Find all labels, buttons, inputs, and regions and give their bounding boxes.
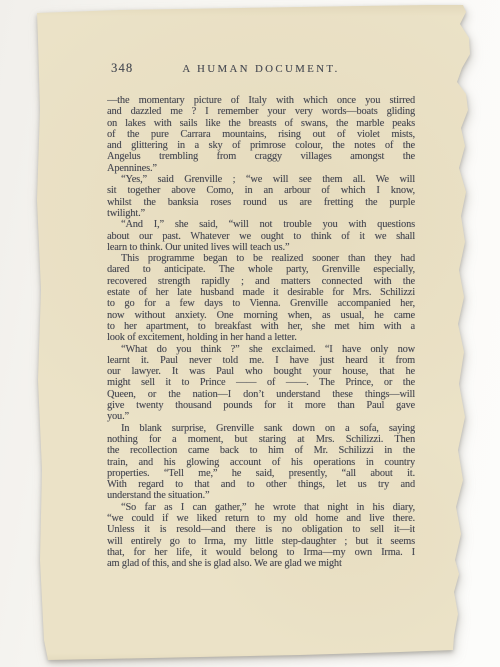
text-line: Apennines.” bbox=[107, 163, 415, 174]
text-line: our lawyer. It was Paul who bought your … bbox=[107, 366, 415, 377]
text-line: train, and his glowing account of his op… bbox=[107, 457, 415, 468]
text-line: —the momentary picture of Italy with whi… bbox=[107, 95, 415, 106]
text-line: now without anxiety. One morning when, a… bbox=[107, 310, 415, 321]
text-line: estate of her late husband made it desir… bbox=[107, 287, 415, 298]
text-line: on lakes with sails like the breasts of … bbox=[107, 118, 415, 129]
text-line: “Yes,” said Grenville ; “we will see the… bbox=[107, 174, 415, 185]
text-line: In blank surprise, Grenville sank down o… bbox=[107, 423, 415, 434]
text-line: might sell it to Prince —— of ——. The Pr… bbox=[107, 377, 415, 388]
text-line: and glittering in a sky of primrose colo… bbox=[107, 140, 415, 151]
running-title: A HUMAN DOCUMENT. bbox=[107, 63, 415, 75]
page-text: —the momentary picture of Italy with whi… bbox=[107, 95, 415, 569]
text-line: “we could if we liked return to my old h… bbox=[107, 513, 415, 524]
text-line: understand the situation.” bbox=[107, 490, 415, 501]
text-line: Unless it is resold—and there is no obli… bbox=[107, 524, 415, 535]
text-line: “And I,” she said, “will not trouble you… bbox=[107, 219, 415, 230]
scan-backdrop: 348 A HUMAN DOCUMENT. —the momentary pic… bbox=[0, 0, 500, 667]
text-line: sit together above Como, in an arbour of… bbox=[107, 185, 415, 196]
text-line: will entirely go to Irma, my little step… bbox=[107, 536, 415, 547]
page-shadow: 348 A HUMAN DOCUMENT. —the momentary pic… bbox=[0, 0, 500, 667]
text-line: “What do you think ?” she exclaimed. “I … bbox=[107, 344, 415, 355]
text-line: properties. “Tell me,” he said, presentl… bbox=[107, 468, 415, 479]
text-line: that, for her life, it would belong to I… bbox=[107, 547, 415, 558]
page-header: 348 A HUMAN DOCUMENT. bbox=[107, 61, 415, 77]
text-line: recovered strength rapidly ; and matters… bbox=[107, 276, 415, 287]
text-line: to her apartment, to breakfast with her,… bbox=[107, 321, 415, 332]
text-line: nothing for a moment, but staring at Mrs… bbox=[107, 434, 415, 445]
text-line: am glad of this, and she is glad also. W… bbox=[107, 558, 415, 569]
text-line: give twenty thousand pounds for it more … bbox=[107, 400, 415, 411]
text-line: dared to anticipate. The whole party, Gr… bbox=[107, 264, 415, 275]
text-line: of the pure Carrara mountains, rising ou… bbox=[107, 129, 415, 140]
text-line: Angelus trembling from craggy villages a… bbox=[107, 151, 415, 162]
text-line: you.” bbox=[107, 411, 415, 422]
text-line: and dazzled me ? I remember your very wo… bbox=[107, 106, 415, 117]
text-line: “So far as I can gather,” he wrote that … bbox=[107, 502, 415, 513]
text-line: about our past. Whatever we ought to thi… bbox=[107, 231, 415, 242]
text-line: This programme began to be realized soon… bbox=[107, 253, 415, 264]
text-line: With regard to that and to other things,… bbox=[107, 479, 415, 490]
text-line: Queen, or the nation—I don’t understand … bbox=[107, 389, 415, 400]
text-line: to go for a few days to Vienna. Grenvill… bbox=[107, 298, 415, 309]
text-line: learn to think. Our united lives will te… bbox=[107, 242, 415, 253]
book-page: 348 A HUMAN DOCUMENT. —the momentary pic… bbox=[0, 0, 500, 667]
text-line: the recollection came back to him of Mr.… bbox=[107, 445, 415, 456]
text-line: twilight.” bbox=[107, 208, 415, 219]
text-line: look of excitement, holding in her hand … bbox=[107, 332, 415, 343]
text-line: learnt it. Paul never told me. I have ju… bbox=[107, 355, 415, 366]
text-line: whilst the banksia roses round us are fr… bbox=[107, 197, 415, 208]
